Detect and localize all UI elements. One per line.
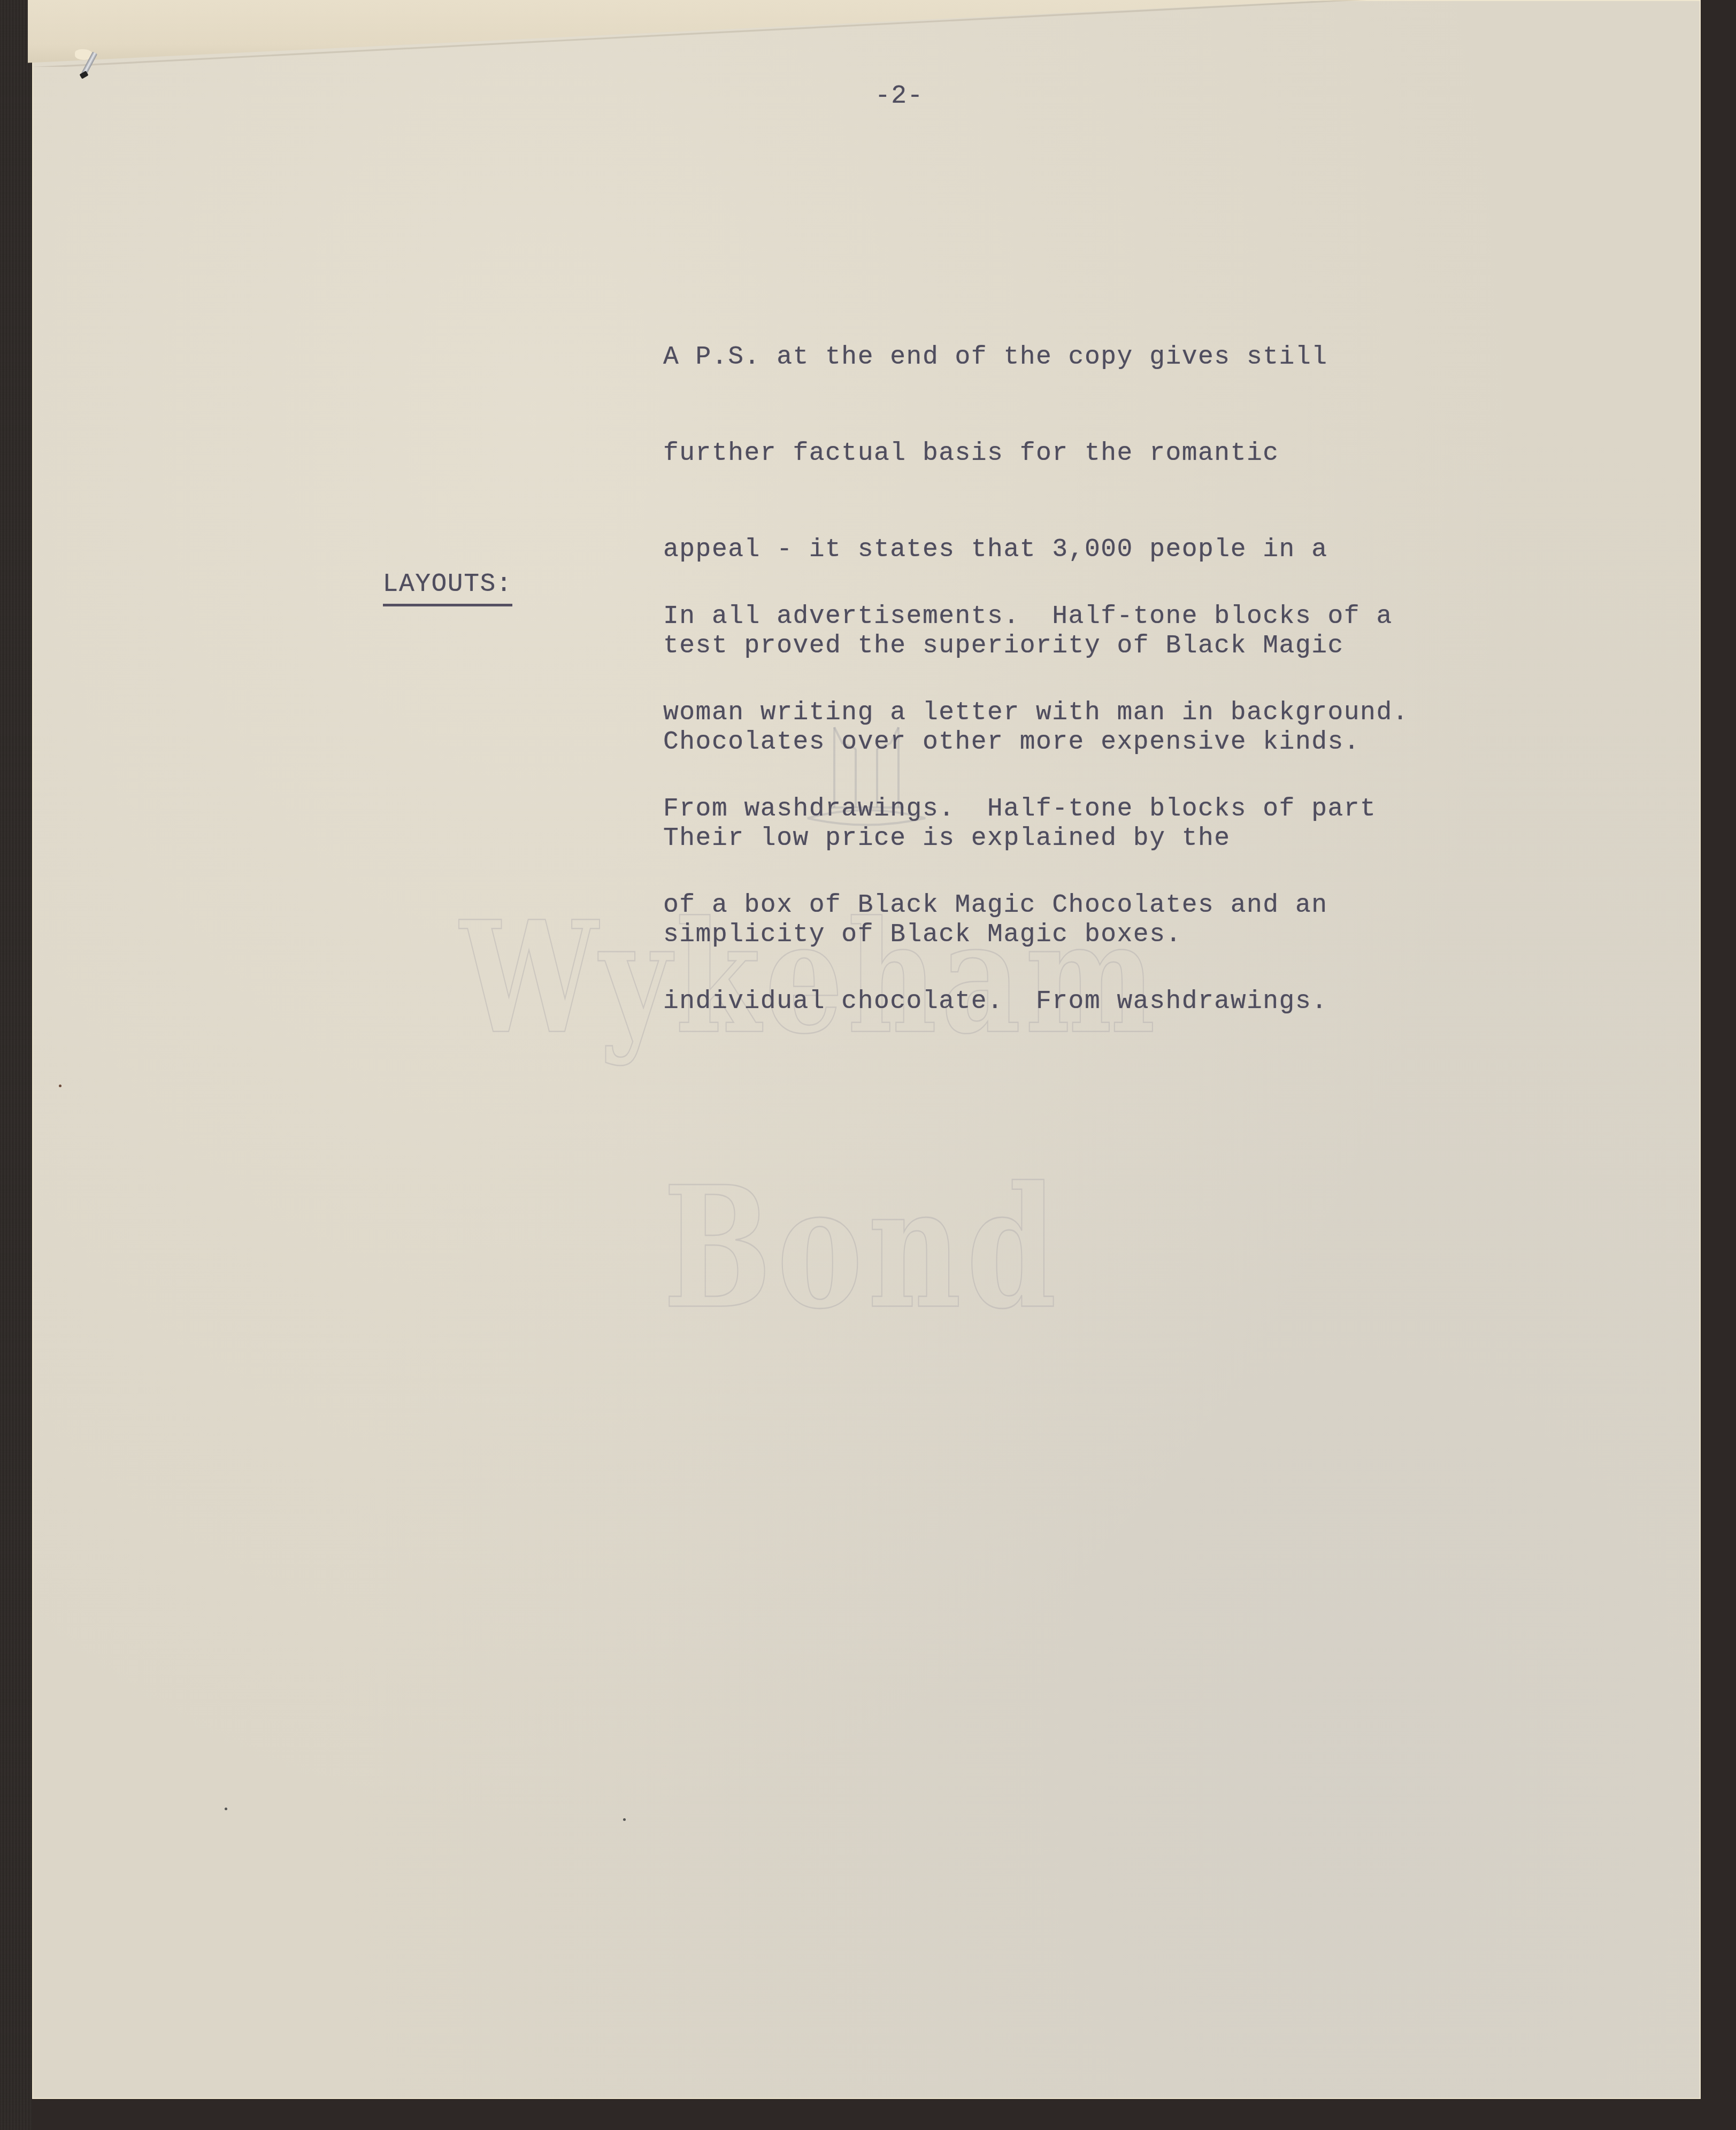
section-label-text: LAYOUTS: [383,568,512,606]
paper-speck [225,1808,227,1810]
paragraph-line: From washdrawings. Half-tone blocks of p… [663,793,1409,825]
paragraph-line: further factual basis for the romantic [663,437,1360,470]
paragraph-line: of a box of Black Magic Chocolates and a… [663,889,1409,921]
paper-speck [623,1818,626,1821]
page-number: -2- [875,80,924,112]
paragraph-line: woman writing a letter with man in backg… [663,697,1409,729]
section-label-layouts: LAYOUTS: [350,536,512,606]
paper-speck [59,1085,62,1087]
paragraph-line: A P.S. at the end of the copy gives stil… [663,341,1360,373]
layouts-paragraph: In all advertisements. Half-tone blocks … [663,536,1409,1050]
paragraph-line: In all advertisements. Half-tone blocks … [663,601,1409,633]
dark-backing-board [0,0,32,2130]
paragraph-line: individual chocolate. From washdrawings. [663,986,1409,1018]
